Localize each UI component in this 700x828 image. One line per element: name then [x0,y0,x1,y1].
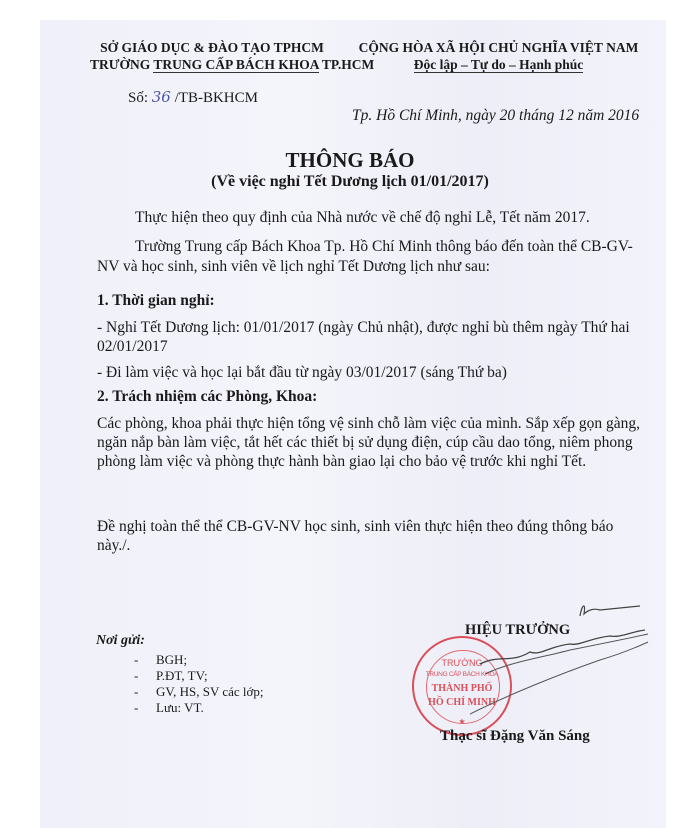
section2-line1: Các phòng, khoa phải thực hiện tổng vệ s… [97,414,640,434]
recipient-item: -Lưu: VT. [134,700,264,716]
document-number-value: 36 [152,88,171,106]
header-motto: Độc lập – Tự do – Hạnh phúc [346,57,651,73]
closing-line1: Đề nghị toàn thể thể CB-GV-NV học sinh, … [97,517,613,537]
section2-line2: ngăn nắp bàn làm việc, tắt hết các thiết… [97,433,633,453]
section2-heading: 2. Trách nhiệm các Phòng, Khoa: [97,387,317,407]
recipient-item: -P.ĐT, TV; [134,668,264,684]
recipient-item: -BGH; [134,652,264,668]
header-ministry: SỞ GIÁO DỤC & ĐÀO TẠO TPHCM [97,40,327,56]
paragraph-announcement-line2: NV và học sinh, sinh viên về lịch nghỉ T… [97,257,490,277]
document-number-suffix: /TB-BKHCM [175,90,258,106]
closing-line2: này./. [97,536,130,556]
paragraph-intro: Thực hiện theo quy định của Nhà nước về … [135,208,590,228]
header-school-prefix: TRƯỜNG [90,57,153,72]
signer-name: Thạc sĩ Đặng Văn Sáng [440,728,590,745]
recipients-label: Nơi gửi: [96,633,145,649]
document-number-label: Số: [128,90,148,106]
header-school: TRƯỜNG TRUNG CẤP BÁCH KHOA TP.HCM [90,57,335,73]
signature-scribble [470,594,650,724]
recipient-item: -GV, HS, SV các lớp; [134,684,264,700]
section2-line3: phòng làm việc và phòng thực hành bàn gi… [97,452,586,472]
paragraph-announcement-line1: Trường Trung cấp Bách Khoa Tp. Hồ Chí Mi… [135,237,633,257]
header-motto-text: Độc lập – Tự do – Hạnh phúc [414,57,584,73]
document-title: THÔNG BÁO [0,148,700,173]
document-number: Số: 36 /TB-BKHCM [128,88,258,107]
recipients-list: -BGH; -P.ĐT, TV; -GV, HS, SV các lớp; -L… [134,652,264,716]
section1-item2: - Đi làm việc và học lại bắt đầu từ ngày… [97,363,507,383]
section1-item1-line2: 02/01/2017 [97,337,168,357]
place-date: Tp. Hồ Chí Minh, ngày 20 tháng 12 năm 20… [352,107,639,125]
header-country: CỘNG HÒA XÃ HỘI CHỦ NGHĨA VIỆT NAM [346,40,651,56]
document-subtitle: (Về việc nghỉ Tết Dương lịch 01/01/2017) [0,173,700,191]
section1-heading: 1. Thời gian nghỉ: [97,291,215,311]
header-school-name: TRUNG CẤP BÁCH KHOA [153,57,318,73]
section1-item1-line1: - Nghỉ Tết Dương lịch: 01/01/2017 (ngày … [97,318,630,338]
